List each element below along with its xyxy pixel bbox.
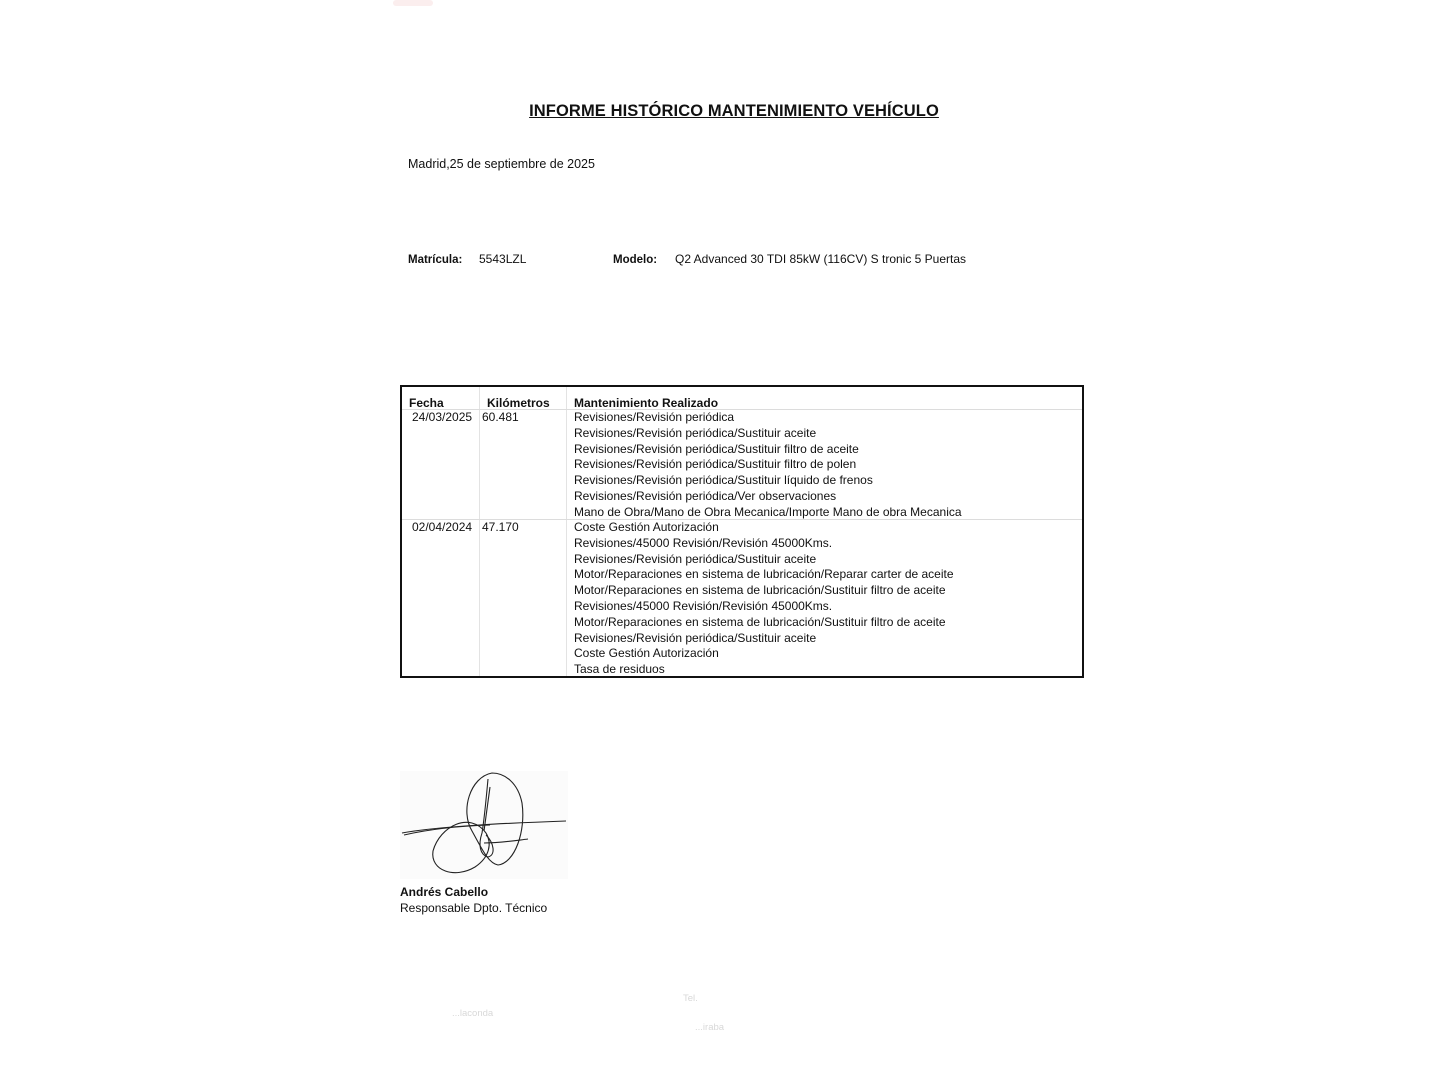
list-item: Revisiones/Revisión periódica [574, 410, 962, 426]
header-maintenance: Mantenimiento Realizado [574, 396, 718, 410]
signatory-role: Responsable Dpto. Técnico [400, 901, 547, 915]
row2-date: 02/04/2024 [412, 520, 472, 536]
row2-items: Coste Gestión Autorización Revisiones/45… [574, 520, 954, 678]
list-item: Mano de Obra/Mano de Obra Mecanica/Impor… [574, 505, 962, 521]
header-km: Kilómetros [487, 396, 550, 410]
list-item: Revisiones/45000 Revisión/Revisión 45000… [574, 536, 954, 552]
document-title: INFORME HISTÓRICO MANTENIMIENTO VEHÍCULO [400, 102, 1068, 121]
list-item: Coste Gestión Autorización [574, 646, 954, 662]
maintenance-table: Fecha Kilómetros Mantenimiento Realizado… [400, 385, 1084, 678]
row1-date: 24/03/2025 [412, 410, 472, 426]
list-item: Revisiones/Revisión periódica/Sustituir … [574, 426, 962, 442]
footer-phone: Tel. [683, 993, 698, 1004]
list-item: Revisiones/Revisión periódica/Ver observ… [574, 489, 962, 505]
signature-icon [400, 771, 568, 879]
footer-address: ...laconda [452, 1008, 493, 1019]
footer-city: ...iraba [695, 1022, 724, 1033]
header-date: Fecha [409, 396, 444, 410]
list-item: Revisiones/Revisión periódica/Sustituir … [574, 457, 962, 473]
list-item: Revisiones/Revisión periódica/Sustituir … [574, 631, 954, 647]
row2-km: 47.170 [482, 520, 519, 536]
list-item: Motor/Reparaciones en sistema de lubrica… [574, 567, 954, 583]
model-value: Q2 Advanced 30 TDI 85kW (116CV) S tronic… [675, 252, 966, 266]
signatory-name: Andrés Cabello [400, 885, 488, 899]
row1-items: Revisiones/Revisión periódica Revisiones… [574, 410, 962, 521]
list-item: Revisiones/Revisión periódica/Sustituir … [574, 473, 962, 489]
column-divider [566, 387, 567, 676]
list-item: Tasa de residuos [574, 662, 954, 678]
plate-value: 5543LZL [479, 252, 526, 266]
list-item: Motor/Reparaciones en sistema de lubrica… [574, 583, 954, 599]
list-item: Revisiones/45000 Revisión/Revisión 45000… [574, 599, 954, 615]
signature-image [400, 771, 568, 879]
place-date: Madrid,25 de septiembre de 2025 [408, 157, 595, 171]
plate-label: Matrícula: [408, 254, 462, 266]
model-label: Modelo: [613, 254, 657, 266]
row1-km: 60.481 [482, 410, 519, 426]
column-divider [479, 387, 480, 676]
header-mark [393, 0, 433, 6]
list-item: Revisiones/Revisión periódica/Sustituir … [574, 442, 962, 458]
list-item: Motor/Reparaciones en sistema de lubrica… [574, 615, 954, 631]
list-item: Coste Gestión Autorización [574, 520, 954, 536]
list-item: Revisiones/Revisión periódica/Sustituir … [574, 552, 954, 568]
